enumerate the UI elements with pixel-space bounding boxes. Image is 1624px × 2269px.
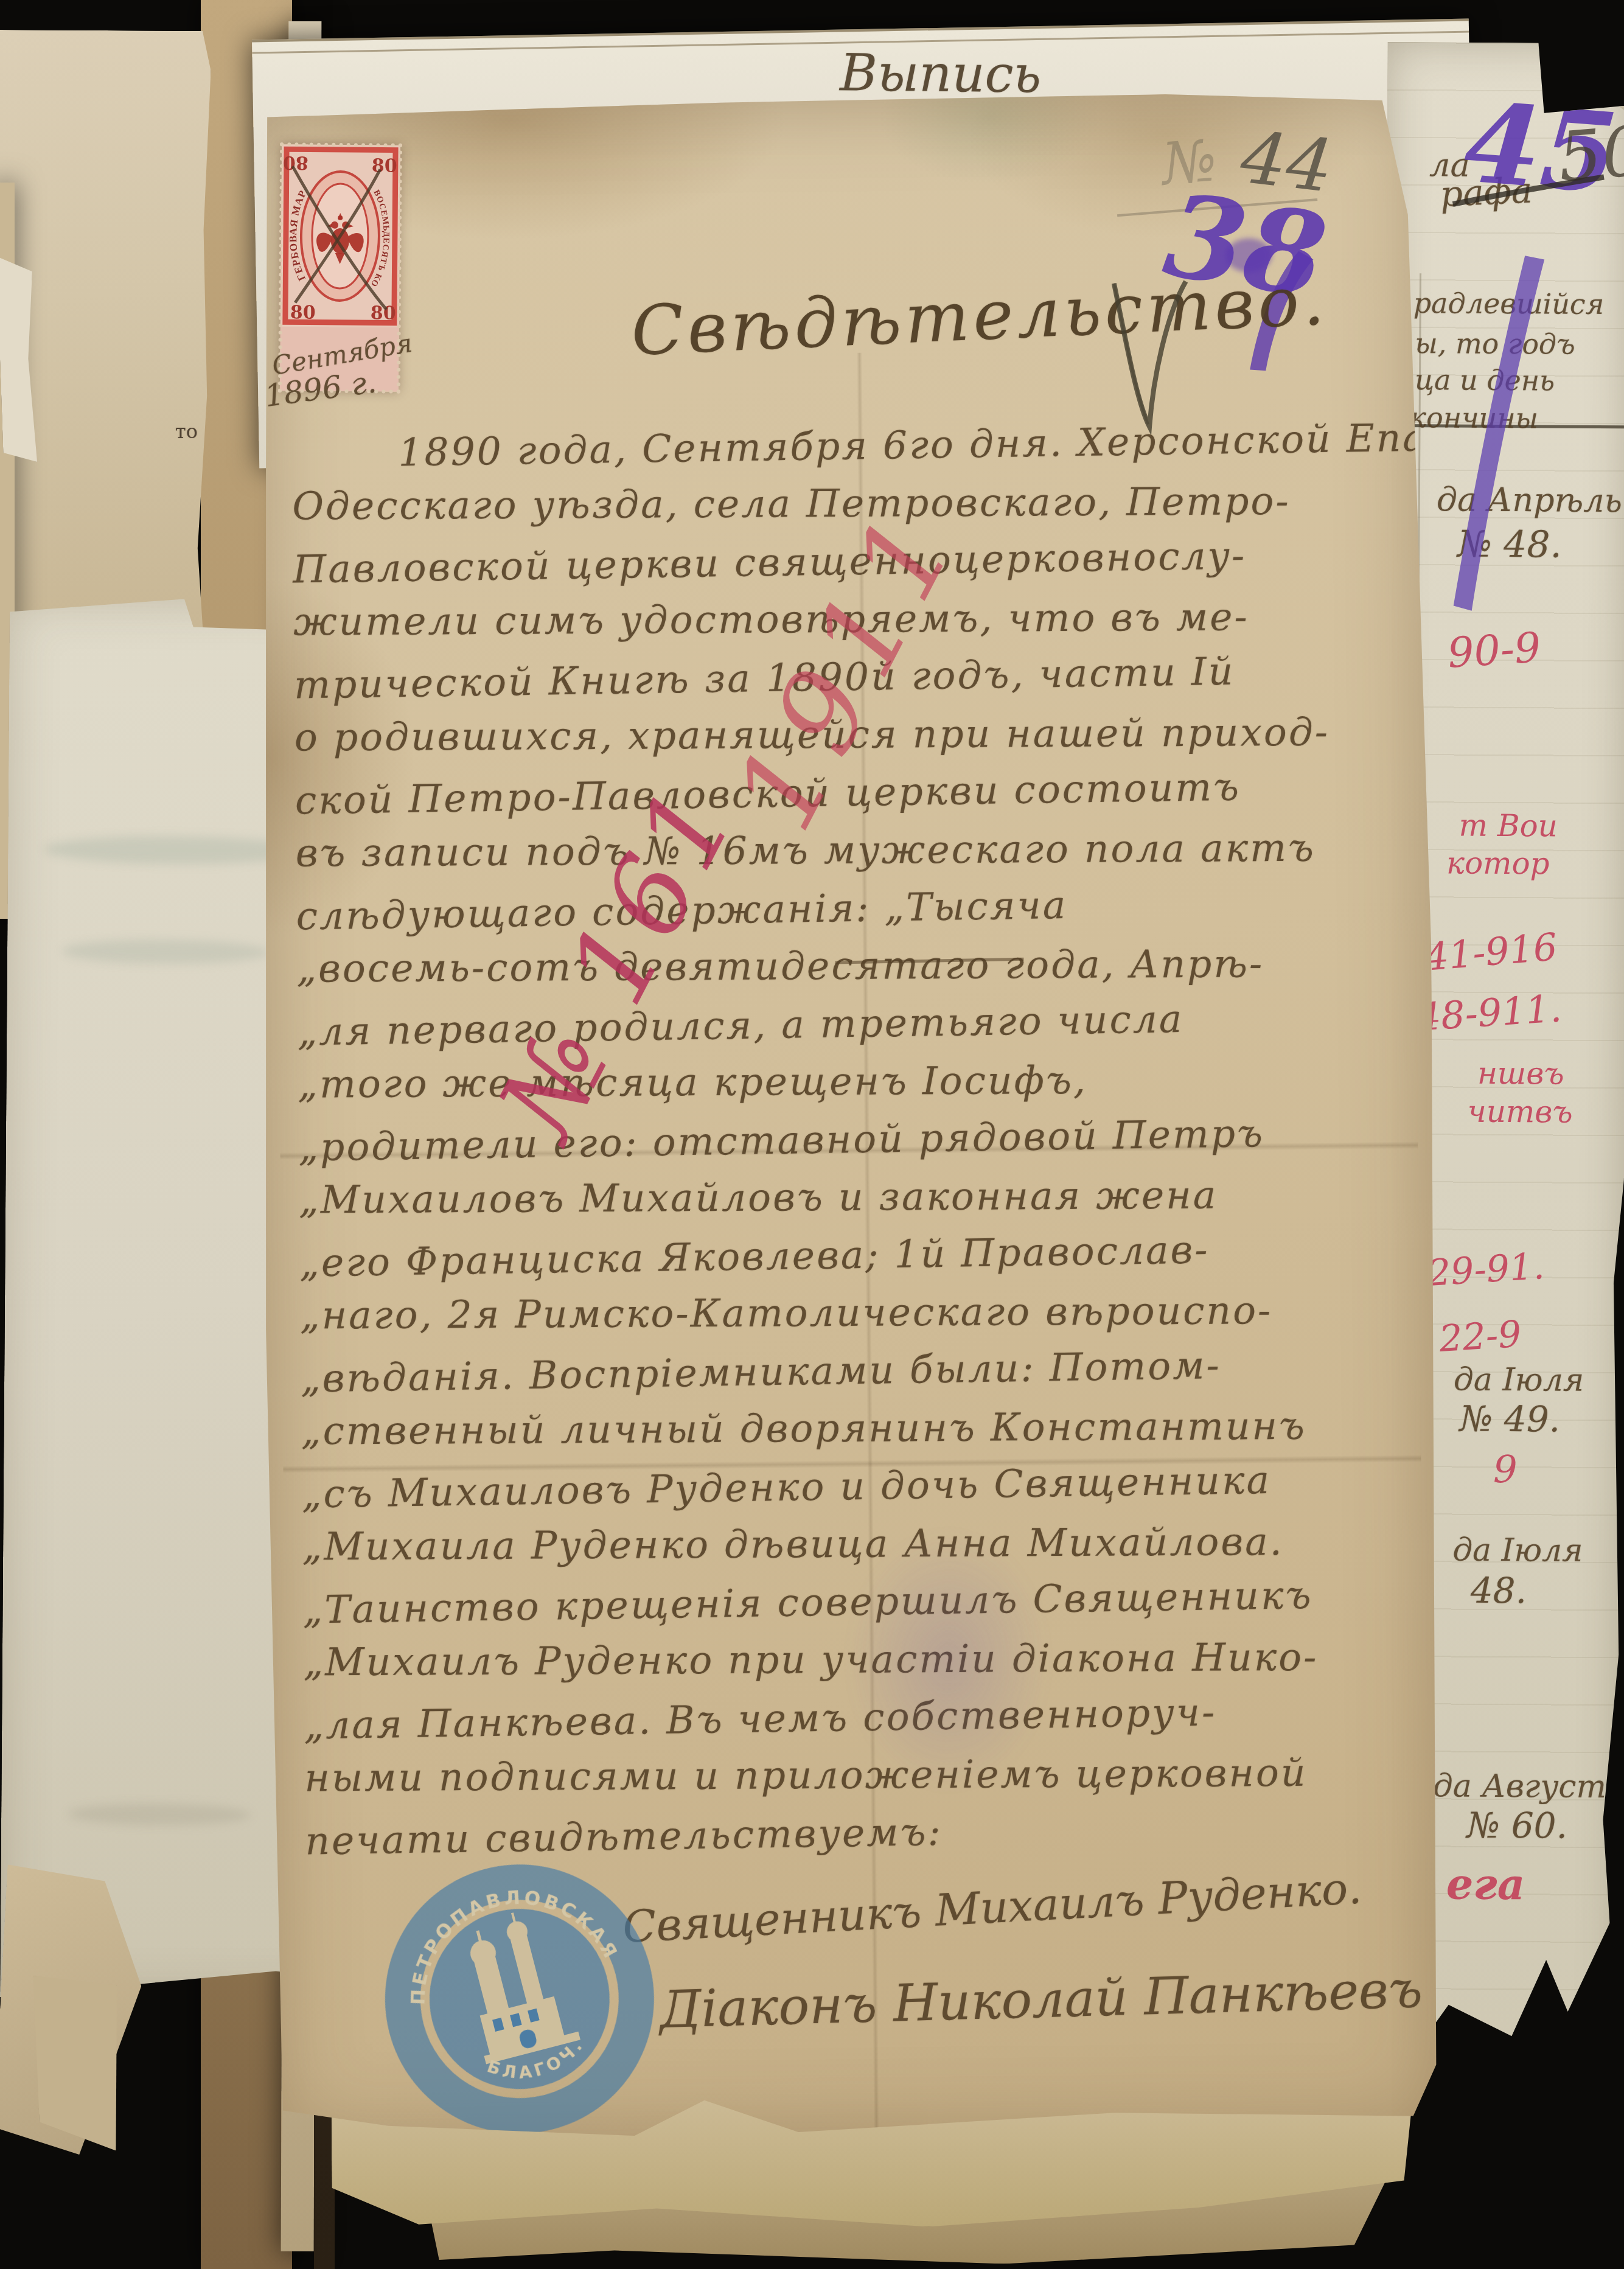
- register-corner-fold: [1538, 44, 1624, 115]
- register-entry: 9: [1493, 1447, 1518, 1491]
- document-line: „Михаиловъ Михайловъ и законная жена: [299, 1165, 1443, 1229]
- register-entry: да Августа: [1433, 1768, 1624, 1805]
- svg-text:80: 80: [290, 302, 316, 323]
- document-line: „его Франциска Яковлева; 1й Православ-: [299, 1218, 1444, 1292]
- document-line: „наго, 2я Римско-Католическаго вѣроиспо-: [300, 1281, 1444, 1345]
- underlay-label: Выпись: [840, 43, 1042, 104]
- register-entry: 29-91.: [1426, 1245, 1546, 1295]
- register-entry: ега: [1446, 1858, 1525, 1909]
- register-entry: котор: [1446, 845, 1550, 881]
- strike-stroke: [1451, 170, 1609, 214]
- church-seal: ПЕТРОПАВЛОВСКАЯ БЛАГОЧ.: [349, 1828, 690, 2170]
- document-line: печати свидѣтельствуемъ:: [305, 1796, 1449, 1870]
- ghost-text-blot: [62, 939, 269, 964]
- register-entry: 48-911.: [1416, 986, 1563, 1039]
- document-line: 1890 года, Сентября 6го дня. Херсонской …: [398, 408, 1436, 481]
- register-entry: т Вои: [1458, 808, 1558, 844]
- ink-smudge: [843, 1525, 1053, 1795]
- svg-text:80: 80: [372, 155, 397, 176]
- register-entry: № 60.: [1466, 1805, 1567, 1847]
- paper-strip: [0, 30, 211, 694]
- purple-slash: [1450, 254, 1550, 619]
- register-entry: читвъ: [1467, 1094, 1573, 1130]
- register-entry: 48.: [1471, 1570, 1527, 1612]
- signature-deacon: Діаконъ Николай Панкѣевъ: [659, 1959, 1423, 2040]
- register-entry: да Іюля: [1452, 1532, 1583, 1569]
- document-line: „того же мѣсяца крещенъ Іосифъ,: [298, 1050, 1441, 1114]
- archive-photo-scene: то Выпись радлевшійся ы, то годъ ца и де…: [0, 0, 1624, 2269]
- document-line: „съ Михаиловъ Руденко и дочь Священника: [301, 1449, 1446, 1524]
- document-line: слѣдующаго содержанія: „Тысяча: [296, 871, 1440, 946]
- ghost-text-blot: [68, 1803, 251, 1826]
- register-entry: № 49.: [1459, 1398, 1560, 1440]
- register-entry: ншвъ: [1477, 1056, 1564, 1092]
- signature-priest: Священникъ Михаилъ Руденко.: [621, 1862, 1363, 1953]
- document-line: „ля перваго родился, а третьяго числа: [297, 986, 1441, 1061]
- document-line: „родители его: отставной рядовой Петръ: [298, 1102, 1443, 1177]
- main-document: ГЕРБОВАЯ МАРКА ВОСЕМЬДЕСЯТЪ КОП. 80 80: [252, 92, 1443, 2147]
- document-line: „восемь-сотъ девятидесятаго года, Апрѣ-: [296, 934, 1440, 998]
- document-line: въ записи подъ № 16мъ мужескаго пола акт…: [296, 818, 1440, 882]
- printed-fragment: то: [175, 420, 198, 443]
- register-entry: да Іюля: [1454, 1362, 1584, 1399]
- register-entry: 22-9: [1438, 1313, 1522, 1361]
- register-entry: 41-916: [1423, 924, 1559, 979]
- register-entry: 90-9: [1446, 624, 1542, 678]
- document-line: „вѣданія. Воспріемниками были: Потом-: [300, 1333, 1445, 1408]
- document-line: „ственный личный дворянинъ Константинъ: [301, 1396, 1445, 1460]
